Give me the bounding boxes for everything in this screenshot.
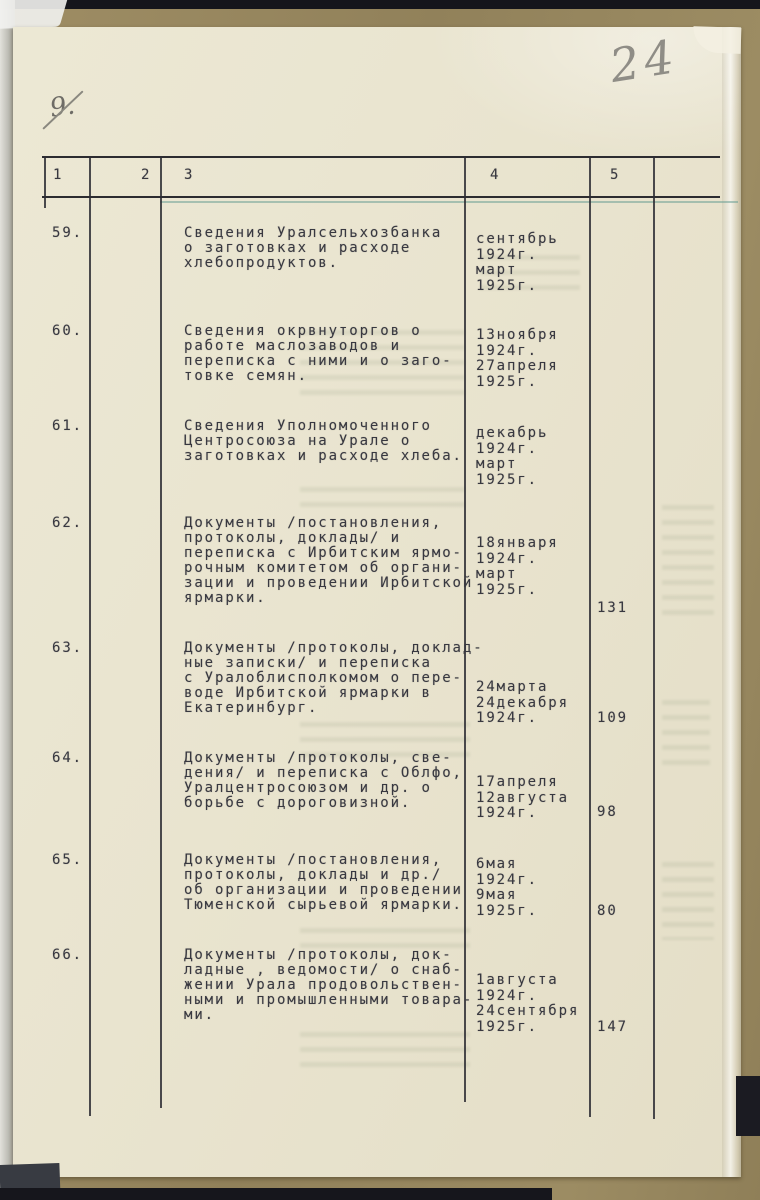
row-number: 59. (52, 226, 83, 241)
handwritten-page-number: 24 (606, 29, 682, 93)
column-header-4: 4 (490, 168, 500, 183)
row-number: 64. (52, 751, 83, 766)
row-dates: 18января 1924г. март 1925г. (476, 536, 616, 598)
row-sheet-count: 109 (597, 711, 628, 726)
column-header-1: 1 (53, 168, 63, 183)
row-dates: 13ноября 1924г. 27апреля 1925г. (476, 328, 616, 390)
row-sheet-count: 80 (597, 904, 618, 919)
row-description: Документы /протоколы, све- дения/ и пере… (184, 751, 520, 811)
dark-patch-right (736, 1076, 760, 1136)
row-number: 66. (52, 948, 83, 963)
row-dates: 1августа 1924г. 24сентября 1925г. (476, 973, 616, 1035)
row-number: 65. (52, 853, 83, 868)
column-divider-5 (653, 156, 655, 1119)
column-divider-2 (160, 156, 162, 1108)
row-dates: 24марта 24декабря 1924г. (476, 680, 616, 727)
row-description: Документы /постановления, протоколы, док… (184, 516, 520, 606)
row-number: 62. (52, 516, 83, 531)
row-sheet-count: 147 (597, 1020, 628, 1035)
paper-right-edge (722, 27, 741, 1177)
row-sheet-count: 131 (597, 601, 628, 616)
table-left-border (44, 156, 46, 208)
row-dates: сентябрь 1924г. март 1925г. (476, 232, 616, 294)
column-header-3: 3 (184, 168, 194, 183)
row-description: Сведения Уполномоченного Центросоюза на … (184, 419, 520, 464)
ink-bleed-spot (300, 487, 465, 515)
table-top-border (42, 156, 720, 158)
sleeve-glare (0, 0, 69, 29)
scan-edge-bottom (0, 1188, 552, 1200)
row-description: Сведения Уралсельхозбанка о заготовках и… (184, 226, 520, 271)
row-number: 61. (52, 419, 83, 434)
row-dates: 17апреля 12августа 1924г. (476, 775, 616, 822)
ink-bleed-spot (662, 505, 714, 620)
row-description: Документы /протоколы, док- ладные , ведо… (184, 948, 520, 1023)
row-description: Документы /протоколы, доклад- ные записк… (184, 641, 520, 716)
header-underline-faint (160, 201, 738, 203)
row-number: 60. (52, 324, 83, 339)
header-underline (42, 196, 720, 198)
ink-bleed-spot (662, 700, 710, 770)
row-sheet-count: 98 (597, 805, 618, 820)
ink-bleed-spot (300, 1032, 470, 1067)
archival-scan-page: 1 2 3 4 5 59. Сведения Уралсельхозбанка … (0, 0, 760, 1200)
row-dates: 6мая 1924г. 9мая 1925г. (476, 857, 616, 919)
row-dates: декабрь 1924г. март 1925г. (476, 426, 616, 488)
column-header-2: 2 (141, 168, 151, 183)
column-divider-1 (89, 156, 91, 1116)
scan-edge-top (0, 0, 760, 9)
column-header-5: 5 (610, 168, 620, 183)
row-description: Сведения окрвнуторгов о работе маслозаво… (184, 324, 520, 384)
ink-bleed-spot (662, 862, 714, 940)
row-description: Документы /постановления, протоколы, док… (184, 853, 520, 913)
row-number: 63. (52, 641, 83, 656)
